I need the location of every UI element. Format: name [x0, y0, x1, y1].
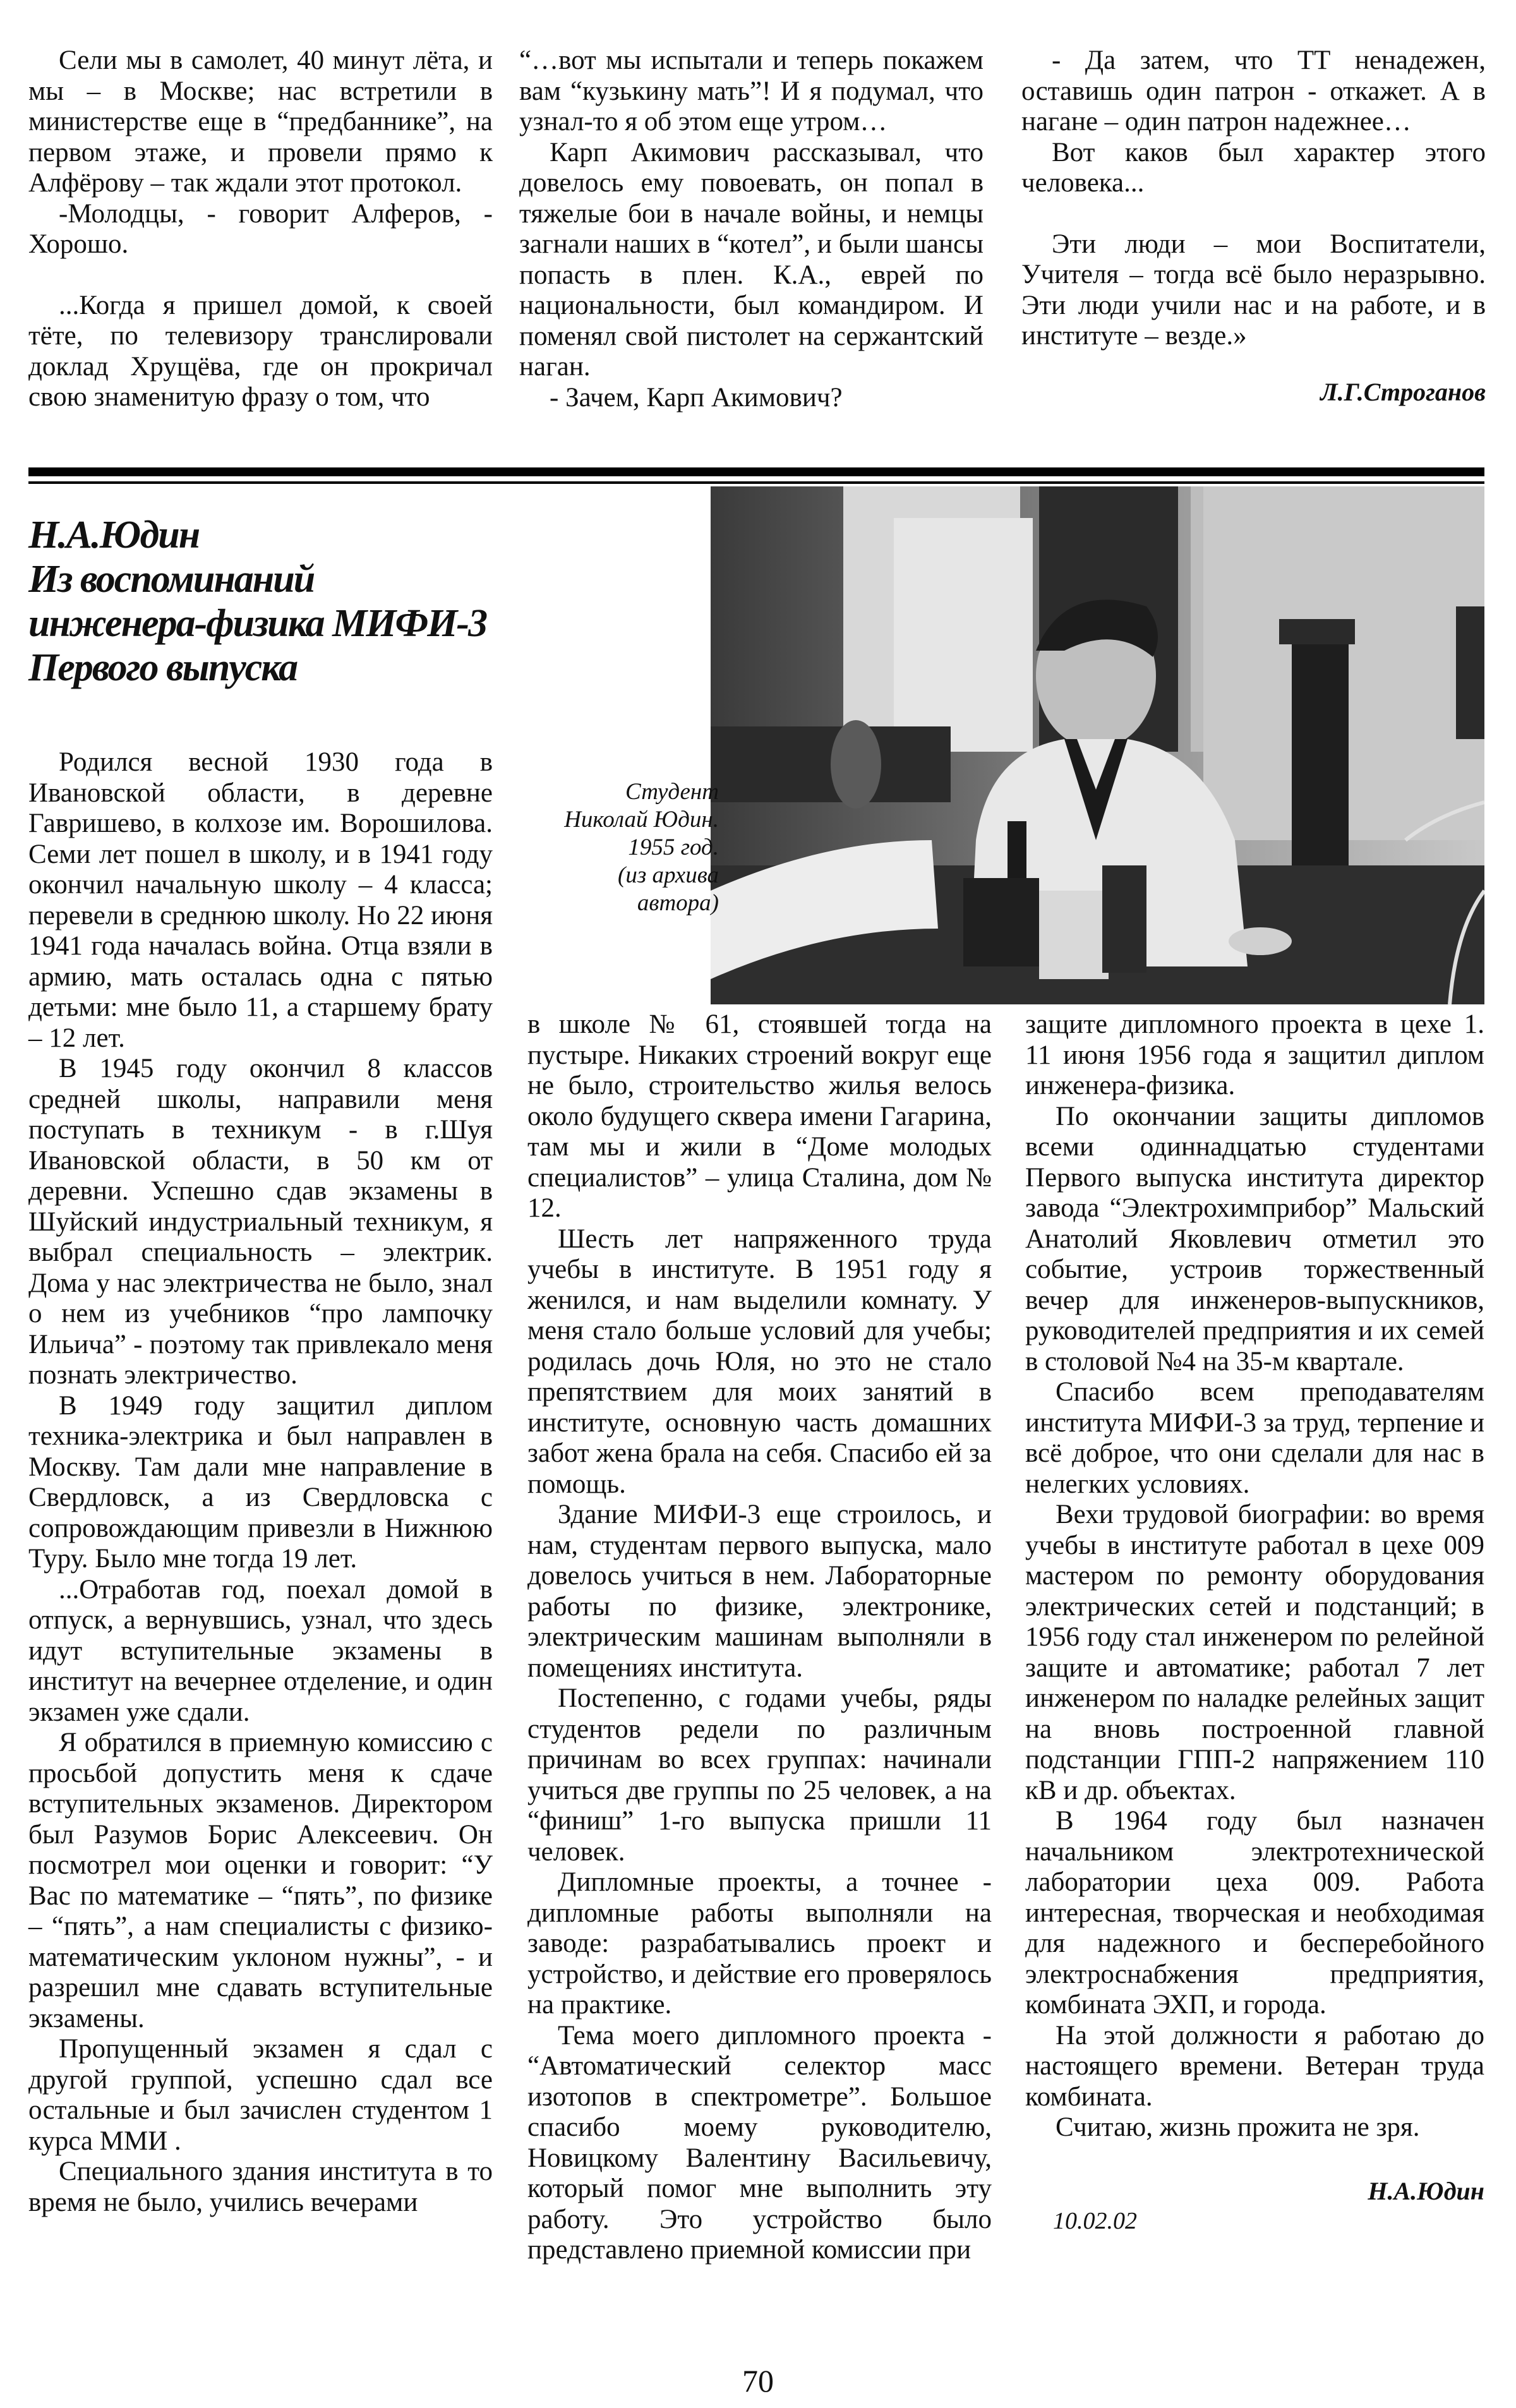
article-column-3: защите дипломного проекта в цехе 1. 11 и…: [1025, 1009, 1484, 2236]
paragraph: Эти люди – мои Воспитатели, Учителя – то…: [1021, 229, 1486, 352]
paragraph: ...Отработав год, поехал домой в отпуск,…: [28, 1575, 493, 1728]
article-title-line: Первого выпуска: [28, 646, 692, 690]
signature-stroganov: Л.Г.Строганов: [1021, 377, 1486, 407]
section-divider-thick: [28, 467, 1484, 476]
article-column-2: в школе № 61, стоявшей тогда на пустыре.…: [527, 1009, 992, 2266]
paragraph: ...Когда я пришел домой, к своей тёте, п…: [28, 291, 493, 413]
paragraph: защите дипломного проекта в цехе 1. 11 и…: [1025, 1009, 1484, 1102]
paragraph: Спасибо всем преподавателям института МИ…: [1025, 1377, 1484, 1500]
paragraph: Карп Акимович рассказывал, что довелось …: [519, 138, 984, 383]
paragraph: Сели мы в самолет, 40 минут лёта, и мы –…: [28, 45, 493, 199]
paragraph: Пропущенный экзамен я сдал с другой груп…: [28, 2034, 493, 2157]
paragraph: Шесть лет напряженного труда учебы в инс…: [527, 1224, 992, 1500]
paragraph: В 1945 году окончил 8 классов средней шк…: [28, 1054, 493, 1391]
paragraph: “…вот мы испытали и теперь покажем вам “…: [519, 45, 984, 138]
paragraph: в школе № 61, стоявшей тогда на пустыре.…: [527, 1009, 992, 1224]
page-number: 70: [695, 2363, 821, 2399]
caption-line: Студент: [518, 778, 719, 806]
paragraph: В 1949 году защитил диплом техника-элект…: [28, 1391, 493, 1575]
caption-line: (из архива: [518, 862, 719, 889]
caption-line: 1955 год.: [518, 834, 719, 862]
caption-line: Николай Юдин.: [518, 806, 719, 834]
lab-photo-icon: [711, 486, 1484, 1004]
paragraph: Тема моего дипломного проекта - “Автомат…: [527, 2021, 992, 2266]
article-heading: Н.А.Юдин Из воспоминаний инженера-физика…: [28, 513, 692, 690]
paragraph: Я обратился в приемную комиссию с просьб…: [28, 1728, 493, 2034]
article-date: 10.02.02: [1025, 2206, 1484, 2236]
paragraph: Вот каков был характер этого человека...: [1021, 138, 1486, 199]
photo-student-at-lab-bench: [711, 486, 1484, 1004]
paragraph: Родился весной 1930 года в Ивановской об…: [28, 747, 493, 1054]
article-title-line: инженера-физика МИФИ-3: [28, 601, 692, 646]
article-title-line: Из воспоминаний: [28, 557, 692, 601]
article-column-1: Родился весной 1930 года в Ивановской об…: [28, 747, 493, 2218]
paragraph: Здание МИФИ-3 еще строилось, и нам, студ…: [527, 1500, 992, 1683]
caption-line: автора): [518, 889, 719, 917]
section-divider-thin: [28, 481, 1484, 484]
paragraph: -Молодцы, - говорит Алферов, - Хорошо.: [28, 199, 493, 260]
top-column-1: Сели мы в самолет, 40 минут лёта, и мы –…: [28, 45, 493, 413]
signature-yudin: Н.А.Юдин: [1025, 2176, 1484, 2206]
photo-caption: Студент Николай Юдин. 1955 год. (из архи…: [518, 778, 719, 917]
paragraph: - Зачем, Карп Акимович?: [519, 383, 984, 414]
paragraph: Вехи трудовой биографии: во время учебы …: [1025, 1500, 1484, 1806]
paragraph: В 1964 году был назначен начальником эле…: [1025, 1806, 1484, 2021]
top-column-3: - Да затем, что ТТ ненадежен, оставишь о…: [1021, 45, 1486, 407]
paragraph: Считаю, жизнь прожита не зря.: [1025, 2112, 1484, 2143]
paragraph: Постепенно, с годами учебы, ряды студент…: [527, 1683, 992, 1867]
paragraph: На этой должности я работаю до настоящег…: [1025, 2021, 1484, 2113]
paragraph: - Да затем, что ТТ ненадежен, оставишь о…: [1021, 45, 1486, 138]
top-column-2: “…вот мы испытали и теперь покажем вам “…: [519, 45, 984, 413]
article-author: Н.А.Юдин: [28, 513, 692, 557]
paragraph: Дипломные проекты, а точнее - дипломные …: [527, 1867, 992, 2021]
paragraph: Специального здания института в то время…: [28, 2157, 493, 2218]
paragraph: По окончании защиты дипломов всеми одинн…: [1025, 1102, 1484, 1378]
